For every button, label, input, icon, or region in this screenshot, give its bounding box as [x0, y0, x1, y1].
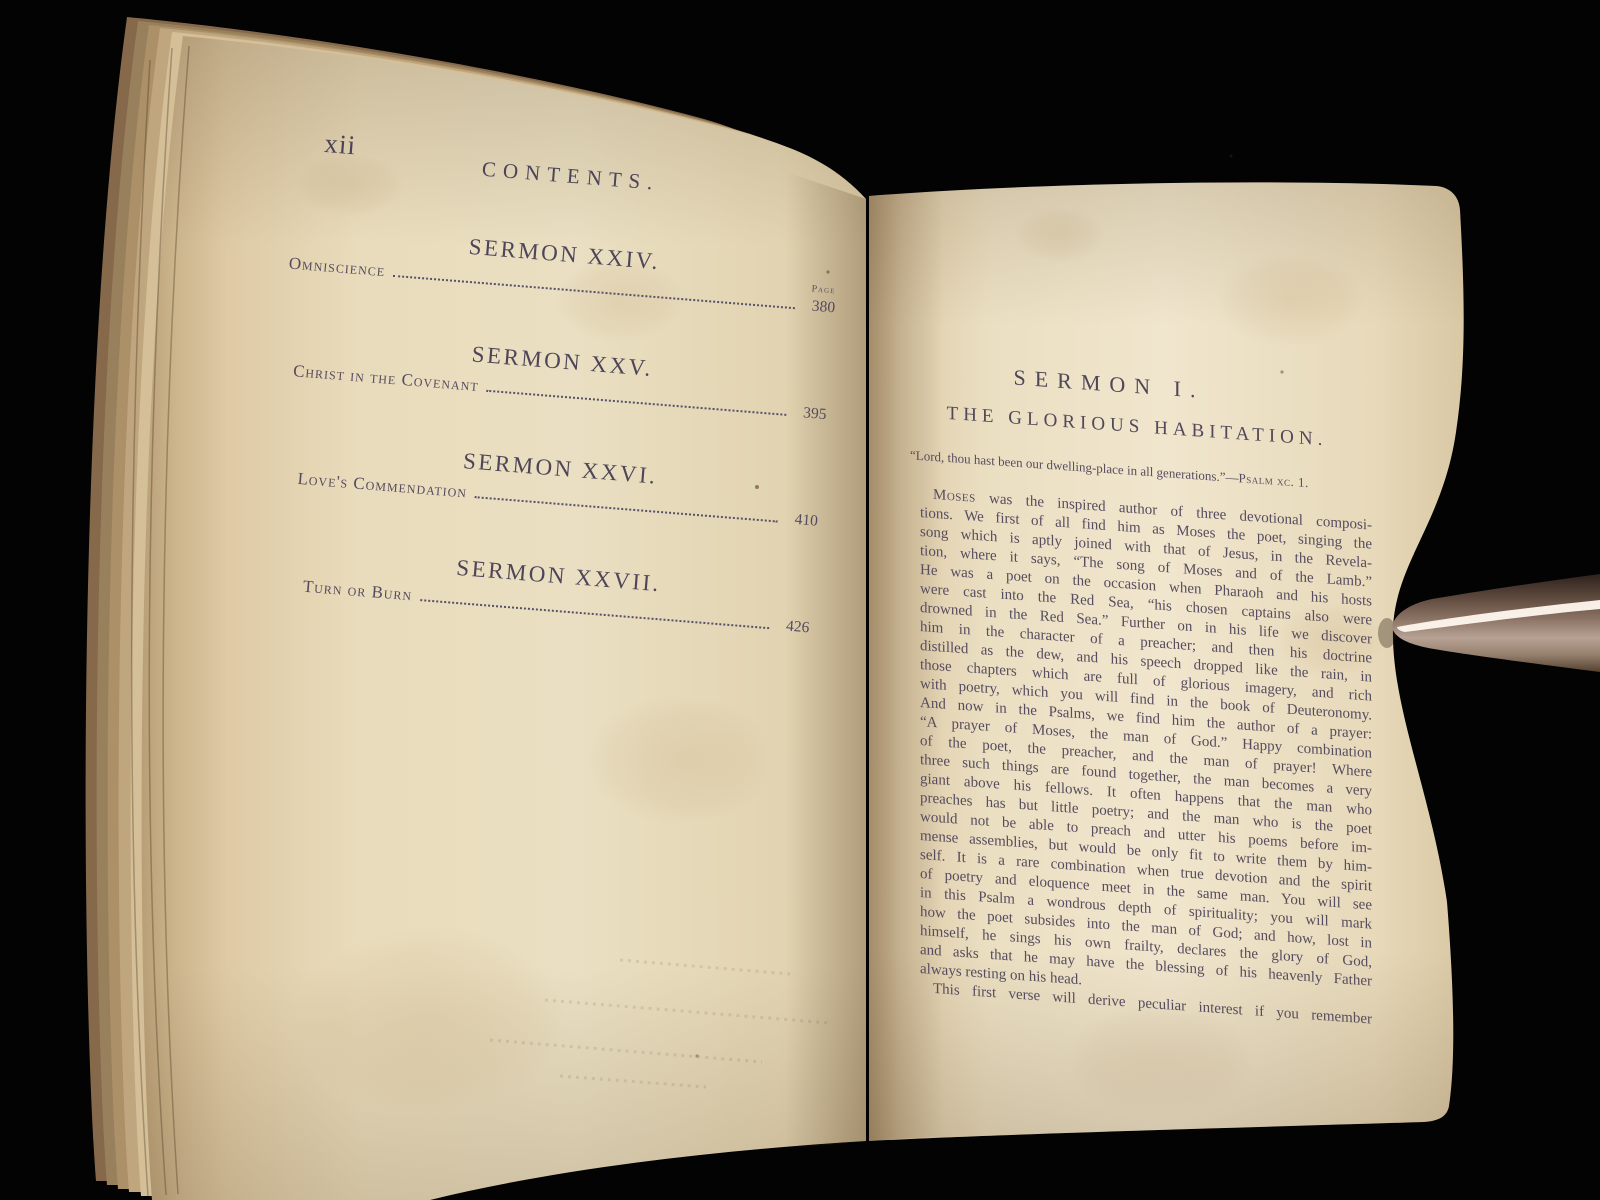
toc-title: Love's Commendation — [297, 469, 468, 503]
sermon-body: Moses was the inspired author of three d… — [920, 485, 1372, 1030]
toc-title: Omniscience — [288, 254, 386, 282]
contents-page-text: xii CONTENTS. SERMON XXIV. Omniscience P… — [262, 100, 848, 637]
toc-entry: SERMON XXVI. Love's Commendation 410 — [297, 435, 822, 531]
contents-heading: CONTENTS. — [297, 142, 845, 211]
toc-page-cell: 395 — [792, 401, 827, 424]
toc-page-cell: 426 — [775, 615, 810, 638]
body-lines: tions. We first of all find him as Moses… — [920, 504, 1372, 1030]
toc-page-number: 395 — [803, 404, 828, 423]
page-column-label: Page — [811, 283, 836, 296]
folio-page-number: xii — [323, 128, 357, 161]
dotted-leader — [486, 389, 786, 416]
dotted-leader — [475, 495, 778, 522]
letter-opener — [1378, 574, 1600, 672]
blade-tip-shadow — [1378, 618, 1396, 648]
epigraph-reference: Psalm xc. 1. — [1239, 470, 1309, 490]
toc-page-number: 426 — [785, 618, 810, 637]
toc-title: Christ in the Covenant — [292, 361, 479, 396]
epigraph-quote: “Lord, thou hast been our dwelling-place… — [910, 447, 1239, 485]
toc-entry: SERMON XXIV. Omniscience Page 380 — [288, 220, 839, 318]
toc-page-cell: 410 — [783, 508, 818, 531]
toc-entry: SERMON XXV. Christ in the Covenant 395 — [292, 327, 830, 424]
toc-page-number: 380 — [811, 298, 836, 317]
toc-page-cell: Page 380 — [800, 295, 835, 318]
body-lead-word: Moses — [933, 487, 976, 506]
toc-page-number: 410 — [794, 511, 819, 530]
book-photo-stage: xii CONTENTS. SERMON XXIV. Omniscience P… — [0, 0, 1600, 1200]
contents-list: SERMON XXIV. Omniscience Page 380 SERMON… — [262, 220, 838, 638]
sermon-page-text: SERMON I. THE GLORIOUS HABITATION. “Lord… — [920, 348, 1372, 1030]
